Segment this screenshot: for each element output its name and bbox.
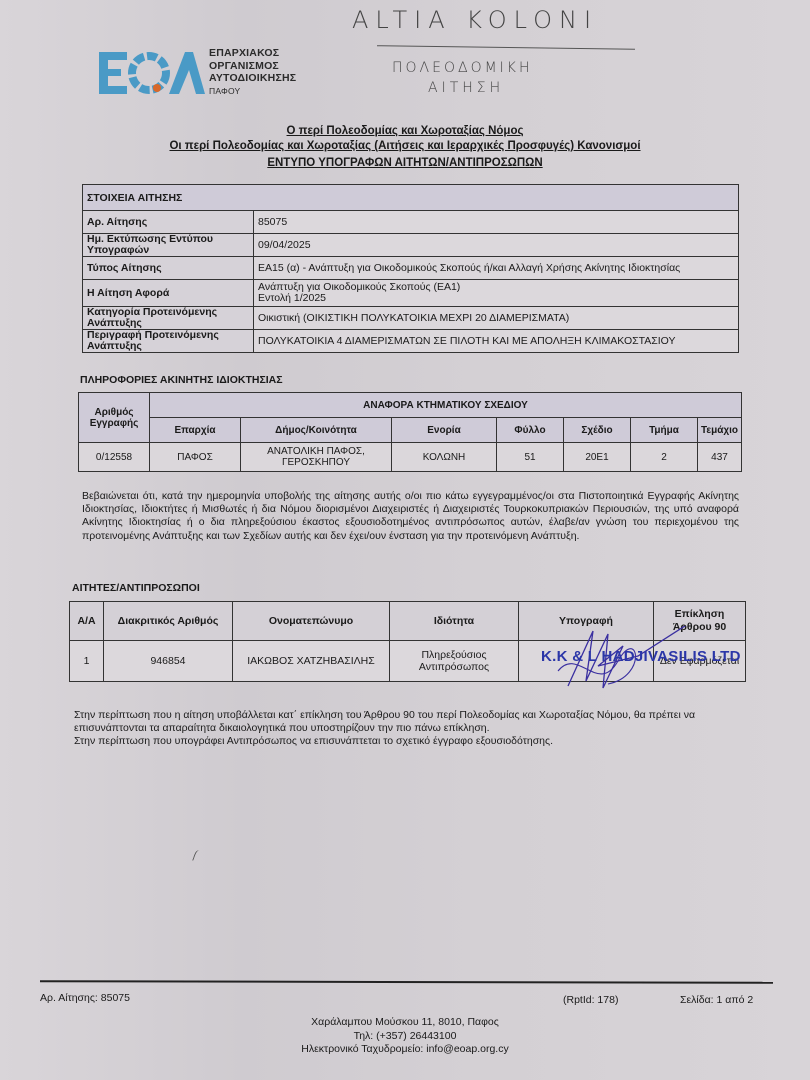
handwritten-underline [377, 45, 635, 50]
footer-phone: Τηλ: (+357) 26443100 [0, 1030, 810, 1044]
property-col-header: Φύλλο [497, 418, 564, 443]
property-col-header: Τμήμα [631, 418, 698, 443]
property-column-headers: ΕπαρχίαΔήμος/ΚοινότηταΕνορίαΦύλλοΣχέδιοΤ… [79, 418, 742, 443]
table-row: Η Αίτηση Αφορά Ανάπτυξη για Οικοδομικούς… [83, 280, 739, 307]
table-row: Αρ. Αίτησης 85075 [83, 211, 739, 234]
property-cell: ΚΟΛΩΝΗ [392, 443, 497, 472]
company-stamp: K.K & L HADJIVASILIS LTD [541, 648, 741, 665]
row-label: Περιγραφή Προτεινόμενης Ανάπτυξης [83, 330, 254, 353]
eoa-logo-icon [97, 48, 207, 98]
notes: Στην περίπτωση που η αίτηση υποβάλλεται … [74, 709, 754, 749]
application-details-table: ΣΤΟΙΧΕΙΑ ΑΙΤΗΣΗΣ Αρ. Αίτησης 85075 Ημ. Ε… [82, 184, 739, 353]
development-category: Οικιστική (ΟΙΚΙΣΤΙΚΗ ΠΟΛΥΚΑΤΟΙΚΙΑ ΜΕΧΡΙ … [254, 307, 739, 330]
property-col-header: Σχέδιο [564, 418, 631, 443]
row-label: Τύπος Αίτησης [83, 257, 254, 280]
table-row: Περιγραφή Προτεινόμενης Ανάπτυξης ΠΟΛΥΚΑ… [83, 330, 739, 353]
property-section-title: ΠΛΗΡΟΦΟΡΙΕΣ ΑΚΙΝΗΤΗΣ ΙΔΙΟΚΤΗΣΙΑΣ [80, 374, 283, 386]
eoa-logo: ΕΠΑΡΧΙΑΚΟΣ ΟΡΓΑΝΙΣΜΟΣ ΑΥΤΟΔΙΟΙΚΗΣΗΣ ΠΑΦΟ… [97, 44, 307, 100]
applicant-id: 946854 [104, 641, 233, 682]
logo-line-2: ΟΡΓΑΝΙΣΜΟΣ [209, 60, 296, 73]
application-number: 85075 [254, 211, 739, 234]
handwritten-note-project: ALTIA KOLONI [352, 6, 598, 34]
law-title: Ο περί Πολεοδομίας και Χωροταξίας Νόμος [0, 124, 810, 139]
print-date: 09/04/2025 [254, 234, 739, 257]
handwritten-note-type-1: ΠΟΛΕΟΔΟΜΙΚΗ [392, 60, 533, 76]
registration-number: 0/12558 [79, 443, 150, 472]
footer-application-number: Αρ. Αίτησης: 85075 [40, 992, 130, 1004]
table-row: Ημ. Εκτύπωσης Εντύπου Υπογραφών 09/04/20… [83, 234, 739, 257]
application-details-header: ΣΤΟΙΧΕΙΑ ΑΙΤΗΣΗΣ [83, 185, 739, 211]
footer-contact: Χαράλαμπου Μούσκου 11, 8010, Παφος Τηλ: … [0, 1016, 810, 1057]
col-name: Ονοματεπώνυμο [233, 602, 390, 641]
table-row: Τύπος Αίτησης ΕΑ15 (α) - Ανάπτυξη για Οι… [83, 257, 739, 280]
logo-text: ΕΠΑΡΧΙΑΚΟΣ ΟΡΓΑΝΙΣΜΟΣ ΑΥΤΟΔΙΟΙΚΗΣΗΣ ΠΑΦΟ… [209, 47, 296, 97]
property-cell: 437 [698, 443, 742, 472]
cadastral-reference-header: ΑΝΑΦΟΡΑ ΚΤΗΜΑΤΙΚΟΥ ΣΧΕΔΙΟΥ [150, 393, 742, 418]
property-cell: ΑΝΑΤΟΛΙΚΗ ΠΑΦΟΣ, ΓΕΡΟΣΚΗΠΟΥ [241, 443, 392, 472]
logo-line-3: ΑΥΤΟΔΙΟΙΚΗΣΗΣ [209, 72, 296, 85]
applicant-name: ΙΑΚΩΒΟΣ ΧΑΤΖΗΒΑΣΙΛΗΣ [233, 641, 390, 682]
property-col-header: Τεμάχιο [698, 418, 742, 443]
property-col-header: Ενορία [392, 418, 497, 443]
regulations-title: Οι περί Πολεοδομίας και Χωροταξίας (Αιτή… [0, 139, 810, 154]
handwritten-note-type-2: ΑΙΤΗΣΗ [428, 80, 504, 96]
row-label: Αρ. Αίτησης [83, 211, 254, 234]
property-cell: ΠΑΦΟΣ [150, 443, 241, 472]
document-titles: Ο περί Πολεοδομίας και Χωροταξίας Νόμος … [0, 124, 810, 171]
application-concerns: Ανάπτυξη για Οικοδομικούς Σκοπούς (ΕΑ1) … [254, 280, 739, 307]
property-cell: 2 [631, 443, 698, 472]
declaration-text: Βεβαιώνεται ότι, κατά την ημερομηνία υπο… [82, 490, 739, 543]
form-title: ΕΝΤΥΠΟ ΥΠΟΓΡΑΦΩΝ ΑΙΤΗΤΩΝ/ΑΝΤΙΠΡΟΣΩΠΩΝ [0, 156, 810, 171]
logo-line-1: ΕΠΑΡΧΙΑΚΟΣ [209, 47, 296, 60]
footer-address: Χαράλαμπου Μούσκου 11, 8010, Παφος [0, 1016, 810, 1030]
applicant-aa: 1 [70, 641, 104, 682]
row-label: Ημ. Εκτύπωσης Εντύπου Υπογραφών [83, 234, 254, 257]
note-representative: Στην περίπτωση που υπογράφει Αντιπρόσωπο… [74, 735, 754, 748]
col-aa: Α/Α [70, 602, 104, 641]
footer-email: Ηλεκτρονικό Ταχυδρομείο: info@eoap.org.c… [0, 1043, 810, 1057]
table-row: 0/12558 ΠΑΦΟΣΑΝΑΤΟΛΙΚΗ ΠΑΦΟΣ, ΓΕΡΟΣΚΗΠΟΥ… [79, 443, 742, 472]
col-capacity: Ιδιότητα [390, 602, 519, 641]
property-cell: 20Ε1 [564, 443, 631, 472]
row-label: Η Αίτηση Αφορά [83, 280, 254, 307]
note-article-90: Στην περίπτωση που η αίτηση υποβάλλεται … [74, 709, 754, 735]
registration-number-header: Αριθμός Εγγραφής [79, 393, 150, 443]
property-cell: 51 [497, 443, 564, 472]
application-type: ΕΑ15 (α) - Ανάπτυξη για Οικοδομικούς Σκο… [254, 257, 739, 280]
table-row: Κατηγορία Προτεινόμενης Ανάπτυξης Οικιστ… [83, 307, 739, 330]
footer-report-id: (RptId: 178) [563, 994, 618, 1006]
footer-page-number: Σελίδα: 1 από 2 [680, 994, 753, 1006]
pen-mark [192, 849, 203, 863]
property-table: Αριθμός Εγγραφής ΑΝΑΦΟΡΑ ΚΤΗΜΑΤΙΚΟΥ ΣΧΕΔ… [78, 392, 742, 472]
applicant-capacity: Πληρεξούσιος Αντιπρόσωπος [390, 641, 519, 682]
concerns-line-2: Εντολή 1/2025 [258, 293, 734, 304]
footer-divider [40, 980, 773, 984]
col-id: Διακριτικός Αριθμός [104, 602, 233, 641]
applicants-section-title: ΑΙΤΗΤΕΣ/ΑΝΤΙΠΡΟΣΩΠΟΙ [72, 582, 200, 594]
row-label: Κατηγορία Προτεινόμενης Ανάπτυξης [83, 307, 254, 330]
property-col-header: Δήμος/Κοινότητα [241, 418, 392, 443]
concerns-line-1: Ανάπτυξη για Οικοδομικούς Σκοπούς (ΕΑ1) [258, 282, 734, 293]
property-col-header: Επαρχία [150, 418, 241, 443]
logo-line-4: ΠΑΦΟΥ [209, 85, 296, 98]
development-description: ΠΟΛΥΚΑΤΟΙΚΙΑ 4 ΔΙΑΜΕΡΙΣΜΑΤΩΝ ΣΕ ΠΙΛΟΤΗ Κ… [254, 330, 739, 353]
